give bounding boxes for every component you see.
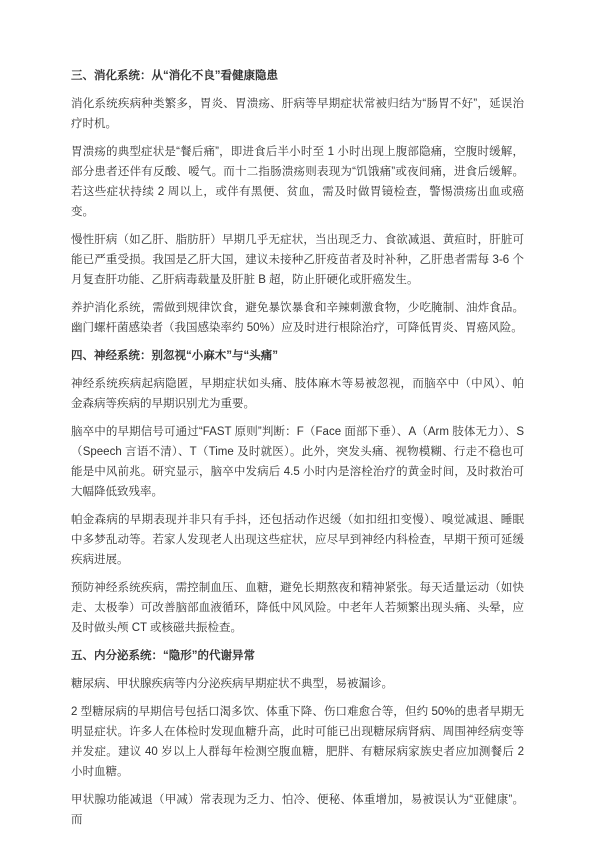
section-heading-nervous-system: 四、神经系统：别忽视“小麻木”与“头痛” <box>71 346 524 366</box>
paragraph-gastric-ulcer: 胃溃疡的典型症状是“餐后痛”，即进食后半小时至 1 小时出现上腹部隐痛，空腹时缓… <box>71 142 524 222</box>
section-heading-endocrine-system: 五、内分泌系统：“隐形”的代谢异常 <box>71 646 524 666</box>
paragraph-hypothyroidism: 甲状腺功能减退（甲减）常表现为乏力、怕冷、便秘、体重增加，易被误认为“亚健康”。… <box>71 790 524 830</box>
paragraph-nervous-prevention: 预防神经系统疾病，需控制血压、血糖，避免长期熬夜和精神紧张。每天适量运动（如快走… <box>71 578 524 638</box>
paragraph-digestive-care: 养护消化系统，需做到规律饮食，避免暴饮暴食和辛辣刺激食物，少吃腌制、油炸食品。幽… <box>71 298 524 338</box>
paragraph-endocrine-intro: 糖尿病、甲状腺疾病等内分泌疾病早期症状不典型，易被漏诊。 <box>71 674 524 694</box>
paragraph-chronic-liver-disease: 慢性肝病（如乙肝、脂肪肝）早期几乎无症状，当出现乏力、食欲减退、黄疸时，肝脏可能… <box>71 230 524 290</box>
document-page: 三、消化系统：从“消化不良”看健康隐患 消化系统疾病种类繁多，胃炎、胃溃疡、肝病… <box>0 0 595 841</box>
paragraph-nervous-intro: 神经系统疾病起病隐匿，早期症状如头痛、肢体麻木等易被忽视，而脑卒中（中风）、帕金… <box>71 374 524 414</box>
section-heading-digestive-system: 三、消化系统：从“消化不良”看健康隐患 <box>71 66 524 86</box>
paragraph-parkinson-signs: 帕金森病的早期表现并非只有手抖，还包括动作迟缓（如扣纽扣变慢）、嗅觉减退、睡眠中… <box>71 510 524 570</box>
paragraph-type2-diabetes: 2 型糖尿病的早期信号包括口渴多饮、体重下降、伤口难愈合等，但约 50%的患者早… <box>71 702 524 782</box>
paragraph-digestive-intro: 消化系统疾病种类繁多，胃炎、胃溃疡、肝病等早期症状常被归结为“肠胃不好”，延误治… <box>71 94 524 134</box>
paragraph-stroke-fast-principle: 脑卒中的早期信号可通过“FAST 原则”判断：F（Face 面部下垂）、A（Ar… <box>71 422 524 502</box>
